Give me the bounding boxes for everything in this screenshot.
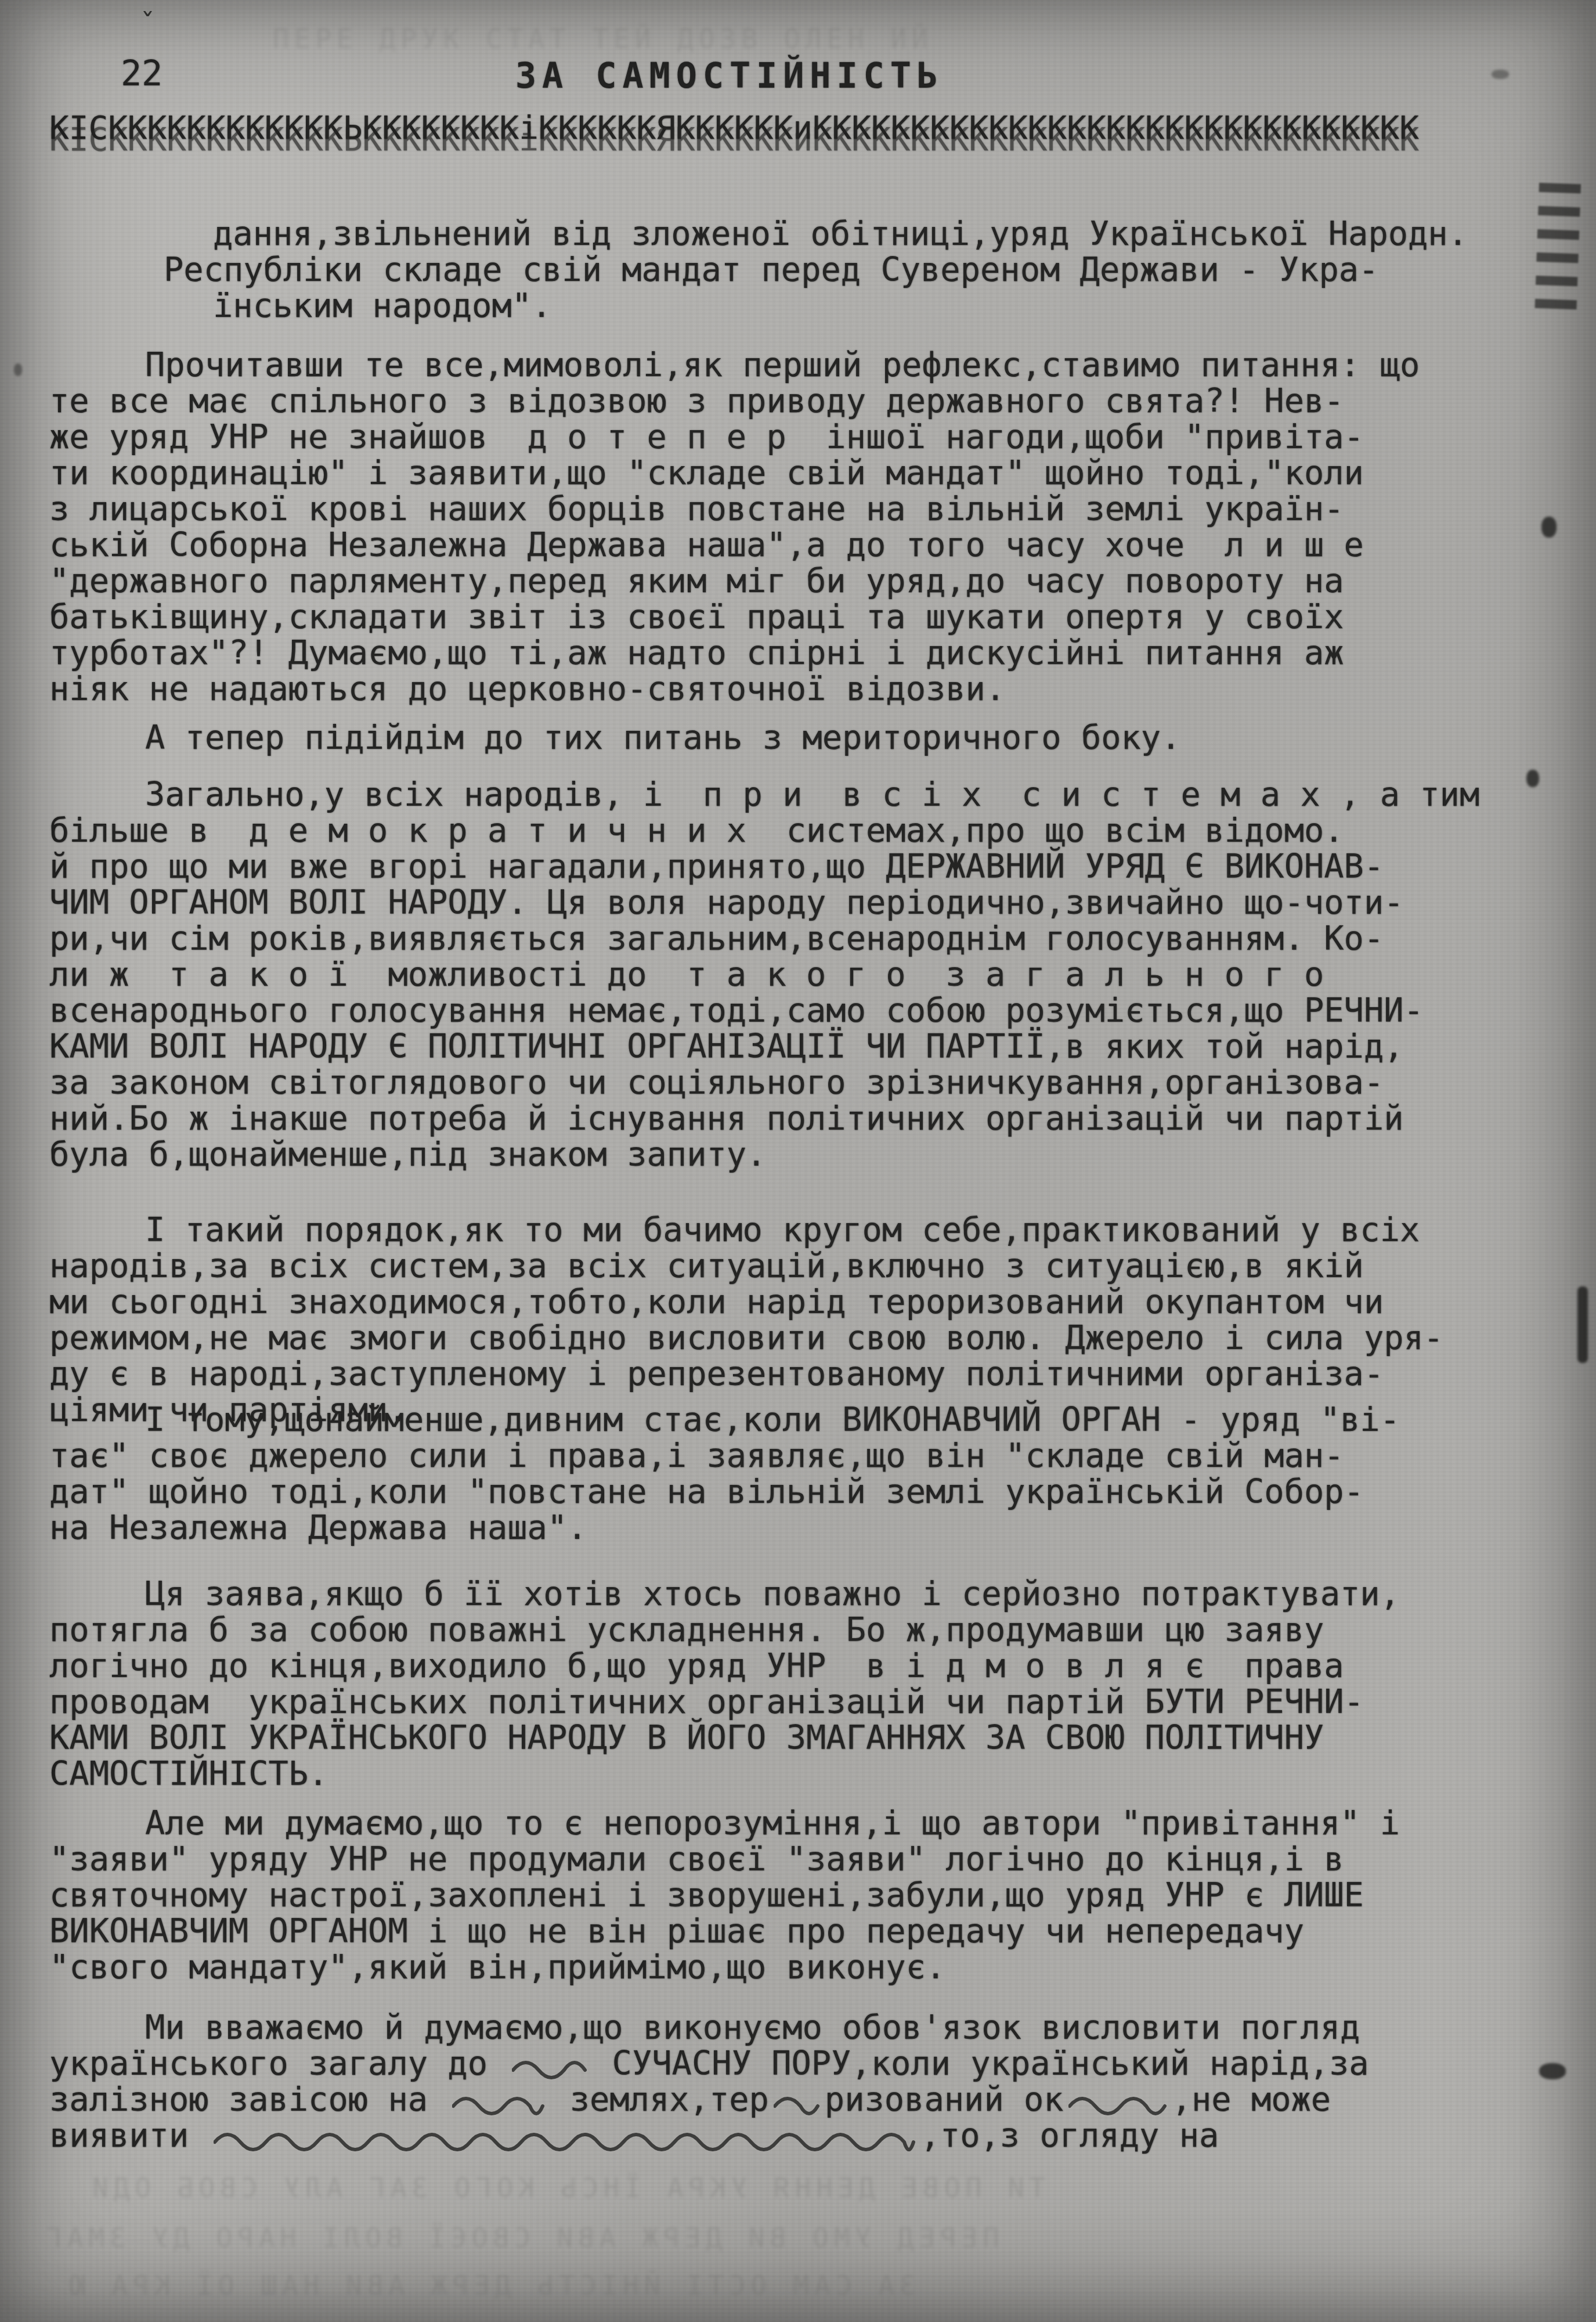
text-line: Ця заява,якщо б її хотів хтось поважно і… <box>49 1576 1547 1612</box>
text-line: ду є в народі,заступленому і репрезентов… <box>49 1356 1547 1392</box>
handwritten-scribble <box>214 2128 916 2154</box>
text-line: Загально,у всіх народів, і п р и в с і х… <box>49 777 1547 813</box>
text-line: більше в д е м о к р а т и ч н и х систе… <box>49 813 1547 849</box>
text-line: ніяк не надаються до церковно-святочної … <box>49 671 1547 707</box>
scanned-page: 22 ЗА САМОСТІЙНІСТЬ КІСККККККККККККЬКККК… <box>0 0 1596 2322</box>
paragraph: Прочитавши те все,мимоволі,як перший реф… <box>49 347 1547 707</box>
text-line: Ми вважаємо й думаємо,що виконуємо обов'… <box>49 2010 1547 2046</box>
text-line: "свого мандату",який він,приймімо,що вик… <box>49 1949 1547 1985</box>
text-line: КАМИ ВОЛІ НАРОДУ Є ПОЛІТИЧНІ ОРГАНІЗАЦІЇ… <box>49 1029 1547 1065</box>
text-line: Республіки складе свій мандат перед Суве… <box>164 252 1545 288</box>
text-line: турботах"?! Думаємо,що ті,аж надто спірн… <box>49 635 1547 671</box>
text-line: залізною завісою на землях,терризований … <box>49 2082 1547 2118</box>
paragraph: Ця заява,якщо б її хотів хтось поважно і… <box>49 1576 1547 1792</box>
text-line: ти координацію" і заявити,що "складе сві… <box>49 455 1547 491</box>
text-line: І такий порядок,як то ми бачимо кругом с… <box>49 1212 1547 1248</box>
handwritten-scribble <box>1068 2092 1167 2118</box>
text-line: народів,за всіх систем,за всіх ситуацій,… <box>49 1248 1547 1284</box>
text-line: й про що ми вже вгорі нагадали,принято,щ… <box>49 849 1547 885</box>
text-line: українського загалу до СУЧАСНУ ПОРУ,коли… <box>49 2046 1547 2082</box>
text-line: за законом світоглядового чи соціяльного… <box>49 1065 1547 1101</box>
text-line: ській Соборна Незалежна Держава наша",а … <box>49 527 1547 563</box>
text-line: проводам українських політичних організа… <box>49 1684 1547 1720</box>
text-line: дат" щойно тоді,коли "повстане на вільні… <box>49 1474 1547 1510</box>
handwritten-scribble <box>512 2056 587 2082</box>
text-line: те все має спільного з відозвою з привод… <box>49 383 1547 419</box>
text-line: же уряд УНР не знайшов д о т е п е р інш… <box>49 419 1547 455</box>
text-line: всенароднього голосування немає,тоді,сам… <box>49 993 1547 1029</box>
text-line: виявити ,то,з огляду на <box>49 2118 1547 2154</box>
document-body: дання,звільнений від зложеної обітниці,у… <box>0 0 1596 2322</box>
text-line: режимом,не має змоги свобідно висловити … <box>49 1320 1547 1356</box>
paragraph: І такий порядок,як то ми бачимо кругом с… <box>49 1212 1547 1428</box>
text-line: ВИКОНАВЧИМ ОРГАНОМ і що не він рішає про… <box>49 1913 1547 1949</box>
text-line: ми сьогодні знаходимося,тобто,коли нарід… <box>49 1284 1547 1320</box>
text-line: потягла б за собою поважні ускладнення. … <box>49 1612 1547 1648</box>
paragraph: дання,звільнений від зложеної обітниці,у… <box>164 216 1545 324</box>
text-line: "державного парляменту,перед яким міг би… <box>49 563 1547 599</box>
text-line: ри,чи сім років,виявляється загальним,вс… <box>49 921 1547 957</box>
text-line: А тепер підійдім до тих питань з меритор… <box>49 720 1547 756</box>
text-line: з лицарської крові наших борців повстане… <box>49 491 1547 527</box>
bleedthrough-text: ЗА САМ ОСТІ ЙНІСТЬ ДЕРЖ АВИ НАШ ОЇ КРА Ю <box>64 2270 916 2301</box>
text-line: САМОСТІЙНІСТЬ. <box>49 1756 1547 1792</box>
paragraph: Ми вважаємо й думаємо,що виконуємо обов'… <box>49 2010 1547 2154</box>
text-line: "заяви" уряду УНР не продумали своєї "за… <box>49 1841 1547 1877</box>
text-line: І тому,щонайменше,дивним стає,коли ВИКОН… <box>49 1402 1547 1438</box>
text-line: батьківщину,складати звіт із своєї праці… <box>49 599 1547 635</box>
text-line: ли ж т а к о ї можливості до т а к о г о… <box>49 957 1547 993</box>
text-line: логічно до кінця,виходило б,що уряд УНР … <box>49 1648 1547 1684</box>
bleedthrough-text: ПЕРЕ ДРУК СТАТ ТЕЙ ДОЗВ ОЛЕН ИЙ <box>273 23 933 55</box>
paragraph: Але ми думаємо,що то є непорозуміння,і щ… <box>49 1805 1547 1985</box>
text-line: їнським народом". <box>164 288 1545 324</box>
text-line: Але ми думаємо,що то є непорозуміння,і щ… <box>49 1805 1547 1841</box>
text-line: на Незалежна Держава наша". <box>49 1510 1547 1546</box>
text-line: тає" своє джерело сили і права,і заявляє… <box>49 1438 1547 1474</box>
paragraph: Загально,у всіх народів, і п р и в с і х… <box>49 777 1547 1173</box>
text-line: була б,щонайменше,під знаком запиту. <box>49 1137 1547 1173</box>
handwritten-scribble <box>452 2092 545 2118</box>
bleedthrough-text: ТИ ПОВЕ ДЕННЯ УКРА ЇНСЬ КОГО ЗАГ АЛУ СВО… <box>87 2172 1045 2204</box>
text-line: святочному настрої,захоплені і зворушені… <box>49 1877 1547 1913</box>
bleedthrough-text: ПЕРЕД УМО ВИ ДЕРЖ АВИ СВОЄЇ ВОЛІ НАРО ДУ… <box>41 2222 999 2254</box>
paragraph: І тому,щонайменше,дивним стає,коли ВИКОН… <box>49 1402 1547 1546</box>
paragraph: А тепер підійдім до тих питань з меритор… <box>49 720 1547 756</box>
handwritten-scribble <box>774 2092 820 2118</box>
text-line: КАМИ ВОЛІ УКРАЇНСЬКОГО НАРОДУ В ЙОГО ЗМА… <box>49 1720 1547 1756</box>
text-line: ЧИМ ОРГАНОМ ВОЛІ НАРОДУ. Ця воля народу … <box>49 885 1547 921</box>
text-line: ний.Бо ж інакше потреба й існування полі… <box>49 1101 1547 1137</box>
text-line: дання,звільнений від зложеної обітниці,у… <box>164 216 1545 252</box>
text-line: Прочитавши те все,мимоволі,як перший реф… <box>49 347 1547 383</box>
